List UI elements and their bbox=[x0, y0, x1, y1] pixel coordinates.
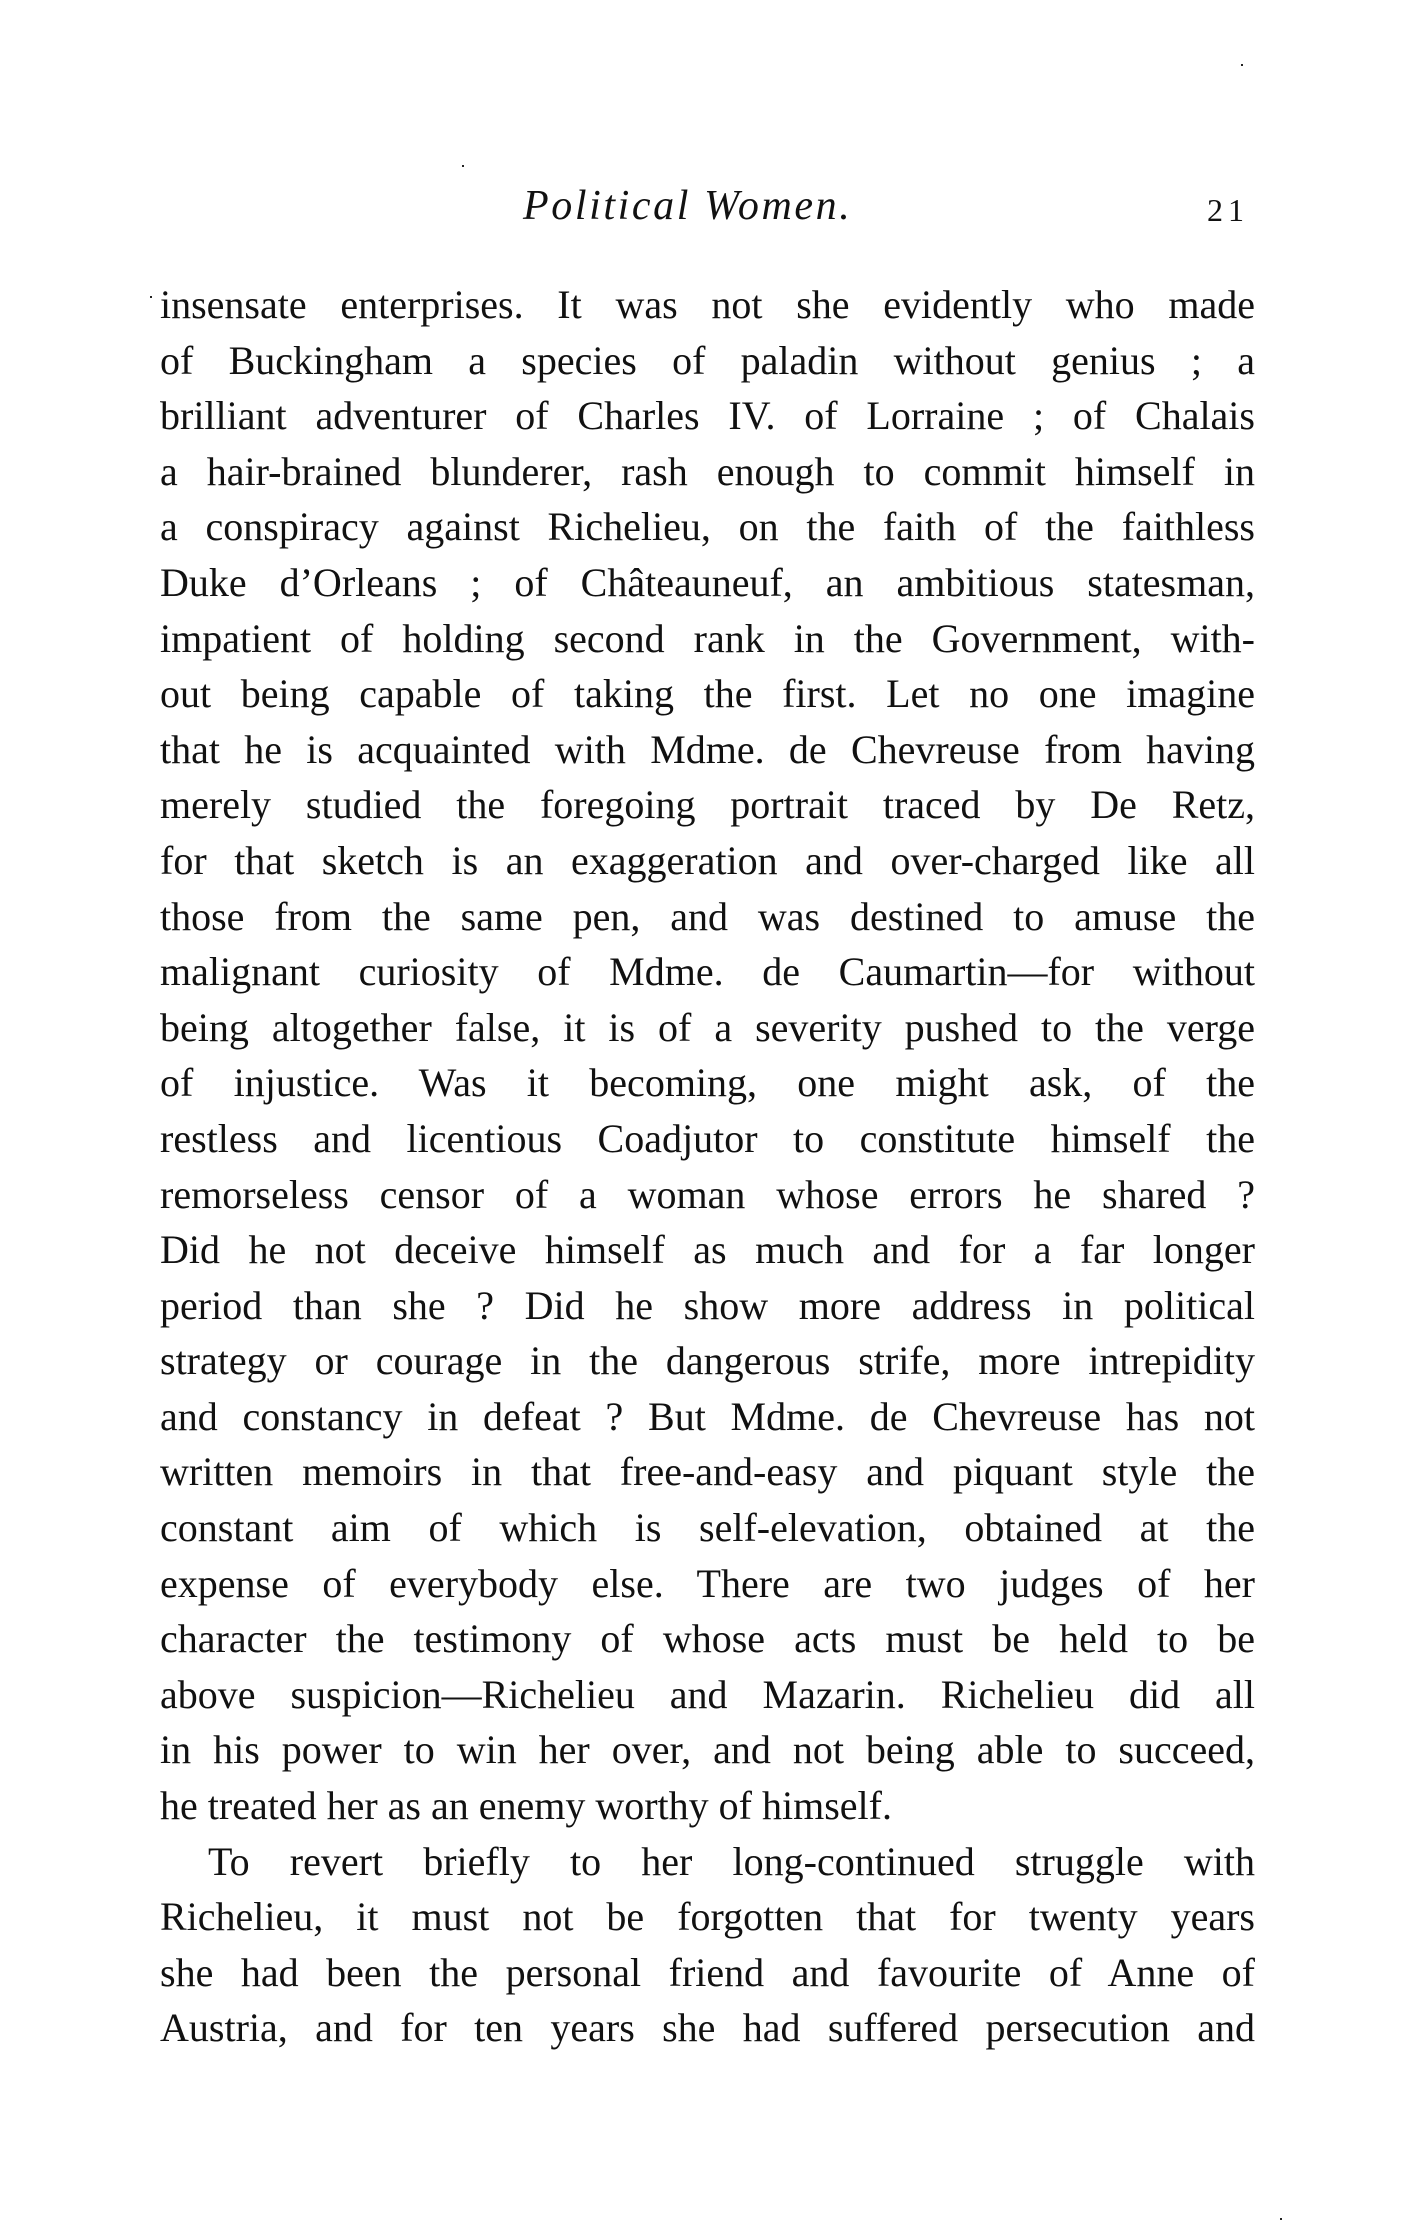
text-line: of injustice. Was it becoming, one might… bbox=[160, 1055, 1255, 1111]
book-page: Political Women. 21 insensate enterprise… bbox=[0, 0, 1401, 2228]
text-line: Duke d’Orleans ; of Châteauneuf, an ambi… bbox=[160, 555, 1255, 611]
text-line: a hair-brained blunderer, rash enough to… bbox=[160, 444, 1255, 500]
text-line: character the testimony of whose acts mu… bbox=[160, 1611, 1255, 1667]
text-line: of Buckingham a species of paladin witho… bbox=[160, 333, 1255, 389]
text-line: a conspiracy against Richelieu, on the f… bbox=[160, 499, 1255, 555]
text-line: Austria, and for ten years she had suffe… bbox=[160, 2000, 1255, 2056]
text-line: she had been the personal friend and fav… bbox=[160, 1945, 1255, 2001]
scan-speck bbox=[150, 296, 152, 298]
scan-speck bbox=[462, 165, 464, 167]
text-line: strategy or courage in the dangerous str… bbox=[160, 1333, 1255, 1389]
text-line: above suspicion—Richelieu and Mazarin. R… bbox=[160, 1667, 1255, 1723]
text-line: impatient of holding second rank in the … bbox=[160, 611, 1255, 667]
text-line: he treated her as an enemy worthy of him… bbox=[160, 1778, 1255, 1834]
text-line: To revert briefly to her long-continued … bbox=[160, 1834, 1255, 1890]
paragraph: To revert briefly to her long-continued … bbox=[160, 1834, 1255, 2056]
text-line: brilliant adventurer of Charles IV. of L… bbox=[160, 388, 1255, 444]
text-line: and constancy in defeat ? But Mdme. de C… bbox=[160, 1389, 1255, 1445]
scan-speck bbox=[1241, 64, 1243, 66]
text-line: Did he not deceive himself as much and f… bbox=[160, 1222, 1255, 1278]
text-line: expense of everybody else. There are two… bbox=[160, 1556, 1255, 1612]
text-line: insensate enterprises. It was not she ev… bbox=[160, 277, 1255, 333]
text-line: remorseless censor of a woman whose erro… bbox=[160, 1167, 1255, 1223]
text-line: being altogether false, it is of a sever… bbox=[160, 1000, 1255, 1056]
text-line: merely studied the foregoing portrait tr… bbox=[160, 777, 1255, 833]
scan-speck bbox=[1280, 2218, 1282, 2220]
text-line: in his power to win her over, and not be… bbox=[160, 1722, 1255, 1778]
text-line: out being capable of taking the first. L… bbox=[160, 666, 1255, 722]
text-line: that he is acquainted with Mdme. de Chev… bbox=[160, 722, 1255, 778]
text-line: period than she ? Did he show more addre… bbox=[160, 1278, 1255, 1334]
text-line: for that sketch is an exaggeration and o… bbox=[160, 833, 1255, 889]
text-line: malignant curiosity of Mdme. de Caumarti… bbox=[160, 944, 1255, 1000]
running-head-title: Political Women. bbox=[523, 178, 852, 234]
body-text: insensate enterprises. It was not she ev… bbox=[160, 277, 1255, 2056]
text-line: written memoirs in that free-and-easy an… bbox=[160, 1444, 1255, 1500]
text-line: those from the same pen, and was destine… bbox=[160, 889, 1255, 945]
text-line: constant aim of which is self-elevation,… bbox=[160, 1500, 1255, 1556]
page-number: 21 bbox=[1207, 188, 1249, 232]
paragraph: insensate enterprises. It was not she ev… bbox=[160, 277, 1255, 1834]
text-line: restless and licentious Coadjutor to con… bbox=[160, 1111, 1255, 1167]
text-line: Richelieu, it must not be forgotten that… bbox=[160, 1889, 1255, 1945]
